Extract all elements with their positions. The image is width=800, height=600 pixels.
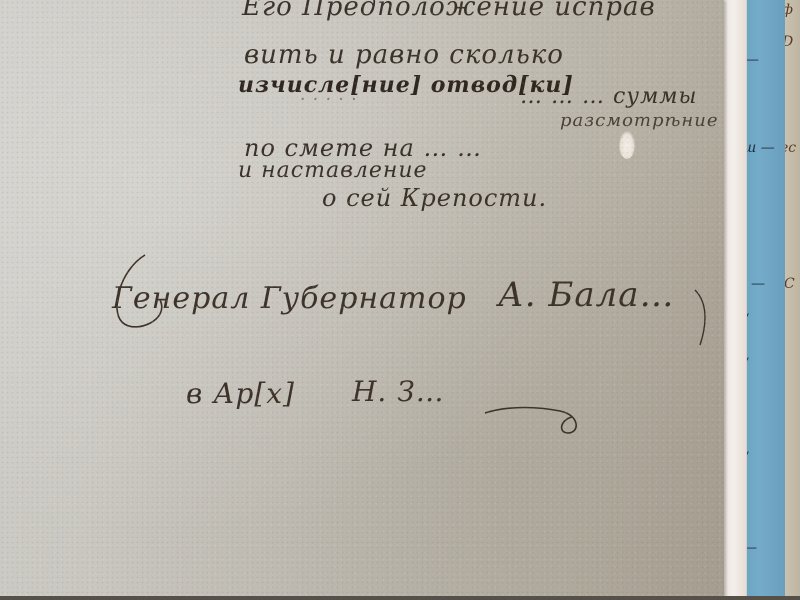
text-line-6: по смете на … … [244,136,482,160]
margin-mark: — [751,276,765,292]
signature-title: Генерал Губернатор [112,284,467,314]
text-line-7: и наставление [238,160,428,182]
text-line-5-superscript: разсмотрѣние [560,112,719,130]
text-line-2: вить и равно сколько [244,42,564,68]
countersign-name: Н. З… [352,378,445,406]
text-line-8: о сей Крепости. [322,186,547,210]
table-edge [0,596,800,600]
document-photo: ф D ес С — ш — — / / / — Его Предположен… [0,0,800,600]
text-line-1: Его Предположение исправ [242,0,656,20]
countersign-flourish [480,395,590,440]
main-document-sheet: Его Предположение исправ вить и равно ск… [0,0,724,600]
margin-mark: ш — [743,140,775,156]
margin-mark: — [745,52,759,68]
paper-hole [619,131,635,159]
countersign-prefix: в Ар[х] [186,380,295,408]
margin-mark: С [784,276,795,292]
signature-name: А. Бала… [498,278,675,312]
white-sheet [722,0,747,600]
text-line-4-faded: · · · · · [300,92,358,109]
text-line-4: … … … суммы [520,86,697,108]
blue-sheet: — ш — — / / / — [742,0,785,600]
